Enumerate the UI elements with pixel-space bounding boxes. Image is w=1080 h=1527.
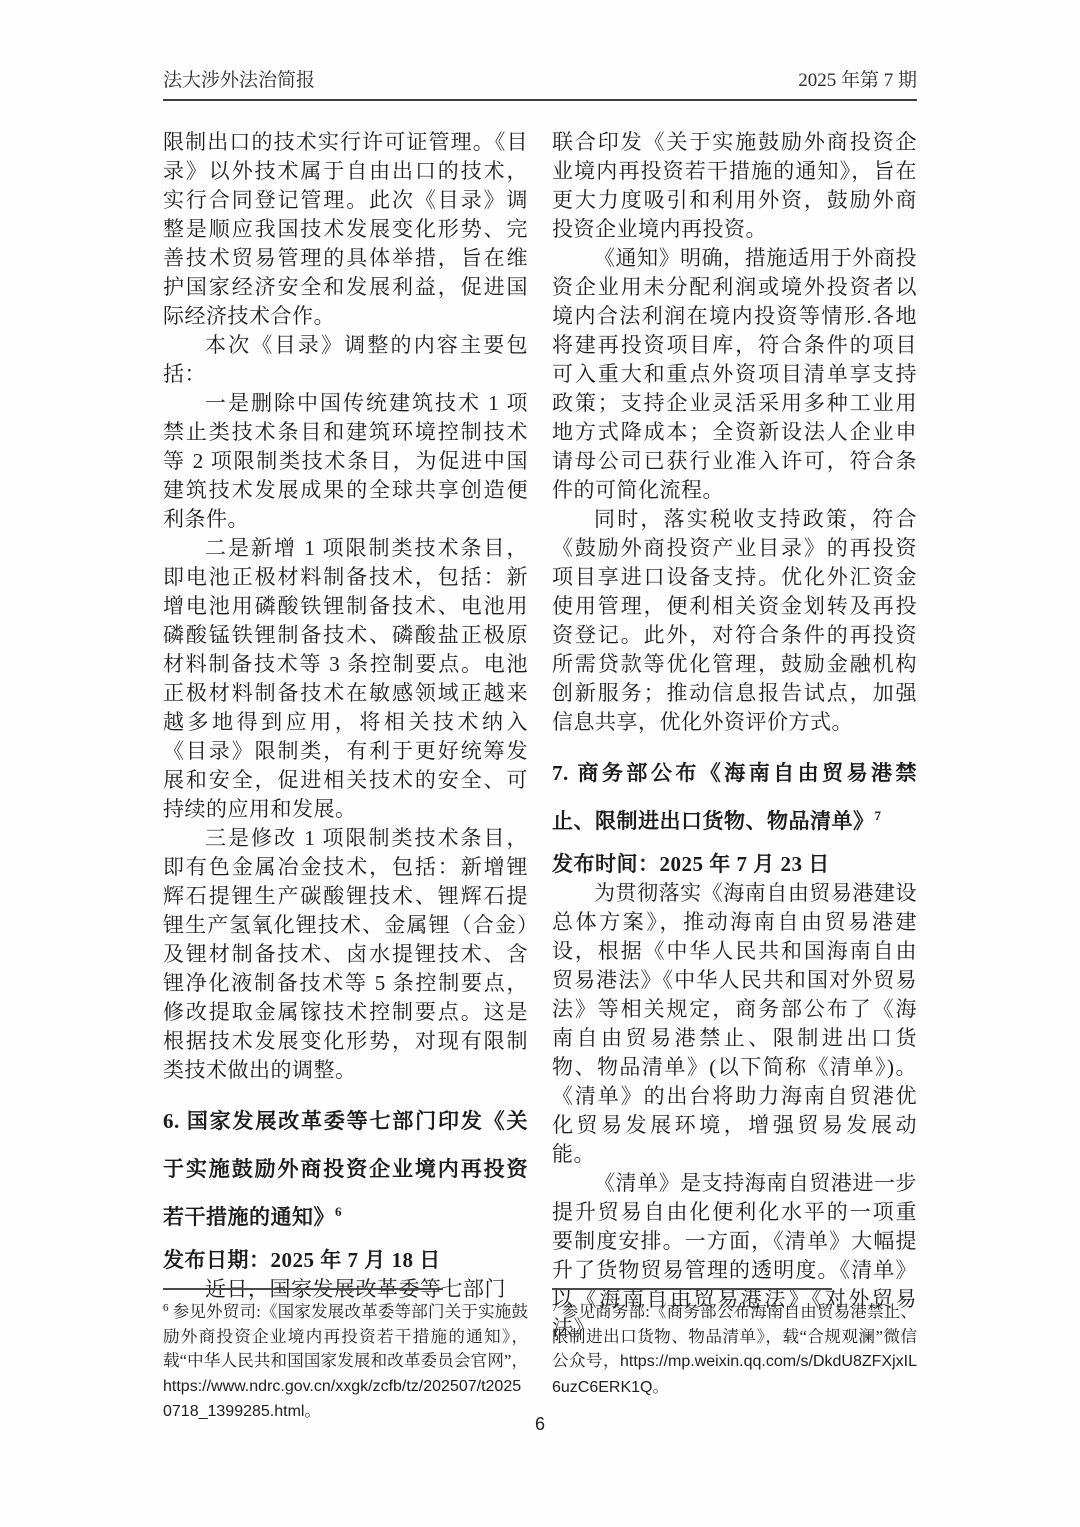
footnote-number: 6 — [163, 1302, 169, 1314]
section-heading-text: 6. 国家发展改革委等七部门印发《关于实施鼓励外商投资企业境内再投资若干措施的通… — [163, 1109, 528, 1229]
left-column: 限制出口的技术实行许可证管理。《目录》以外技术属于自由出口的技术，实行合同登记管… — [163, 128, 528, 1448]
section-heading-6: 6. 国家发展改革委等七部门印发《关于实施鼓励外商投资企业境内再投资若干措施的通… — [163, 1097, 528, 1241]
page-number: 6 — [0, 1414, 1080, 1435]
paragraph: 《通知》明确，措施适用于外商投资企业用未分配利润或境外投资者以境内合法利润在境内… — [552, 244, 917, 505]
footnote-ref-mark: 6 — [335, 1204, 342, 1219]
paragraph: 联合印发《关于实施鼓励外商投资企业境内再投资若干措施的通知》，旨在更大力度吸引和… — [552, 128, 917, 244]
footnote-block-right: 7参见商务部:《商务部公布海南自由贸易港禁止、限制进出口货物、物品清单》，载“合… — [552, 1288, 917, 1400]
right-column: 联合印发《关于实施鼓励外商投资企业境内再投资若干措施的通知》，旨在更大力度吸引和… — [552, 128, 917, 1448]
issue-number: 2025 年第 7 期 — [798, 68, 917, 94]
footnote-7: 7参见商务部:《商务部公布海南自由贸易港禁止、限制进出口货物、物品清单》，载“合… — [552, 1300, 917, 1400]
paragraph: 限制出口的技术实行许可证管理。《目录》以外技术属于自由出口的技术，实行合同登记管… — [163, 128, 528, 331]
publish-date-line: 发布时间：2025 年 7 月 23 日 — [552, 849, 917, 879]
document-page: 法大涉外法治简报 2025 年第 7 期 限制出口的技术实行许可证管理。《目录》… — [0, 0, 1080, 1527]
footnote-text: 参见外贸司:《国家发展改革委等部门关于实施鼓励外商投资企业境内再投资若干措施的通… — [163, 1302, 528, 1370]
paragraph: 一是删除中国传统建筑技术 1 项禁止类技术条目和建筑环境控制技术等 2 项限制类… — [163, 389, 528, 534]
footnote-ref-mark: 7 — [875, 808, 882, 823]
paragraph: 为贯彻落实《海南自由贸易港建设总体方案》，推动海南自由贸易港建设，根据《中华人民… — [552, 879, 917, 1169]
page-header: 法大涉外法治简报 2025 年第 7 期 — [163, 68, 917, 101]
paragraph: 二是新增 1 项限制类技术条目，即电池正极材料制备技术，包括：新增电池用磷酸铁锂… — [163, 534, 528, 824]
footnote-number: 7 — [552, 1302, 558, 1314]
two-column-body: 限制出口的技术实行许可证管理。《目录》以外技术属于自由出口的技术，实行合同登记管… — [163, 128, 917, 1448]
footnote-block-left: 6参见外贸司:《国家发展改革委等部门关于实施鼓励外商投资企业境内再投资若干措施的… — [163, 1288, 528, 1425]
section-heading-7: 7. 商务部公布《海南自由贸易港禁止、限制进出口货物、物品清单》7 — [552, 749, 917, 845]
footnote-6: 6参见外贸司:《国家发展改革委等部门关于实施鼓励外商投资企业境内再投资若干措施的… — [163, 1300, 528, 1425]
paragraph: 同时，落实税收支持政策，符合《鼓励外商投资产业目录》的再投资项目享进口设备支持。… — [552, 505, 917, 737]
paragraph: 本次《目录》调整的内容主要包括： — [163, 331, 528, 389]
footnote-separator — [552, 1288, 832, 1290]
journal-title: 法大涉外法治简报 — [163, 68, 315, 94]
publish-date-line: 发布日期：2025 年 7 月 18 日 — [163, 1245, 528, 1275]
section-heading-text: 7. 商务部公布《海南自由贸易港禁止、限制进出口货物、物品清单》 — [552, 761, 917, 833]
paragraph: 三是修改 1 项限制类技术条目，即有色金属冶金技术，包括：新增锂辉石提锂生产碳酸… — [163, 824, 528, 1085]
footnote-separator — [163, 1288, 443, 1290]
